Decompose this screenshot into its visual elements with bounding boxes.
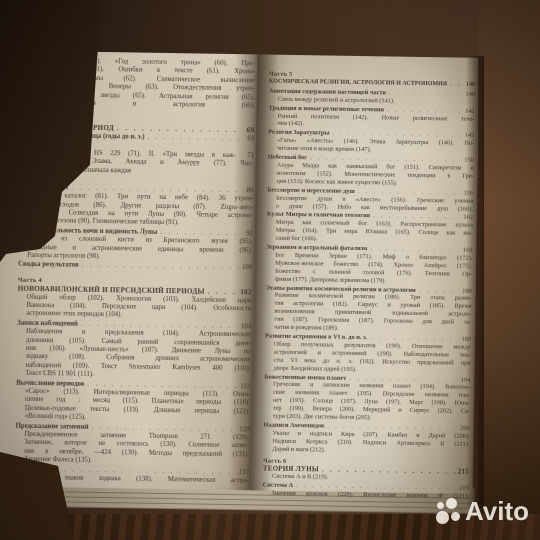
page-number: 69 <box>241 135 254 144</box>
page-number: 137 <box>236 469 249 478</box>
avito-watermark: Avito <box>436 494 540 528</box>
dot-leader <box>386 89 462 98</box>
page-number: 71 <box>241 152 254 161</box>
page-number: 112 <box>237 383 250 392</box>
toc-entry-text: Система А <box>263 482 293 490</box>
dot-leader <box>205 288 239 297</box>
book-photo-scene: чения Венеры (59). «Год золотого трона» … <box>0 0 540 540</box>
dot-leader <box>367 245 459 254</box>
page-number: 92 <box>240 230 253 239</box>
dot-leader <box>79 262 239 273</box>
wood-table-right-strip <box>478 0 540 540</box>
dot-leader <box>367 334 458 343</box>
dot-leader <box>157 229 239 239</box>
dot-leader <box>384 106 462 115</box>
dot-leader <box>144 134 241 144</box>
page-number: 128 <box>236 426 249 435</box>
right-page-edge-shadow <box>466 56 484 508</box>
toc-entry-text: Сводка результатов <box>18 261 79 270</box>
right-page-toc-text: Часть 5КОСМИЧЕСКАЯ РЕЛИГИЯ, АСТРОЛОГИЯ И… <box>262 67 475 501</box>
toc-entry-text: Зодиак <box>15 465 37 474</box>
dot-leader <box>447 81 462 89</box>
page-number: 80 <box>240 187 253 196</box>
page-number: 102 <box>239 288 252 297</box>
dot-leader <box>370 213 460 222</box>
page-number: 104 <box>238 323 251 332</box>
page-number: 100 <box>239 264 252 273</box>
avito-wordmark: Avito <box>465 496 529 527</box>
avito-logo-icon <box>436 498 462 525</box>
dot-leader <box>416 286 459 295</box>
dot-leader <box>355 188 461 198</box>
page-number: 69 <box>241 126 254 135</box>
